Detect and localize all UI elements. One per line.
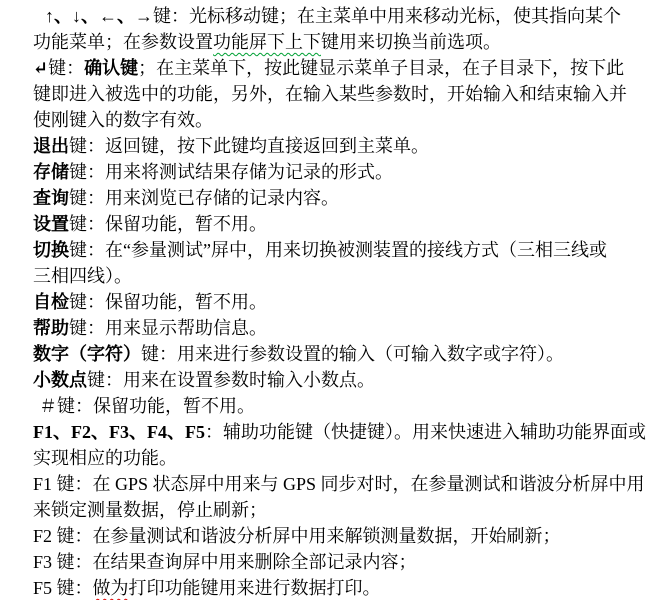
- enter-key-icon: ↵: [33, 58, 48, 78]
- key-name: 存储: [33, 162, 69, 182]
- line-store-key: 存储键：用来将测试结果存储为记录的形式。: [33, 159, 640, 185]
- line-f1-key: F1 键：在 GPS 状态屏中用来与 GPS 同步对时，在参量测试和谐波分析屏中…: [33, 471, 640, 497]
- text-segment: 键：用来在设置参数时输入小数点。: [87, 370, 375, 390]
- line-enter-key: ↵键：确认键；在主菜单下，按此键显示菜单子目录，在子目录下，按下此: [33, 55, 640, 81]
- text-segment: F3 键：在结果查询屏中用来删除全部记录内容；: [33, 552, 417, 572]
- line-f3-key: F3 键：在结果查询屏中用来删除全部记录内容；: [33, 549, 640, 575]
- text-segment: F2 键：在参量测试和谐波分析屏中用来解锁测量数据，开始刷新；: [33, 526, 561, 546]
- text-segment: 键：用来将测试结果存储为记录的形式。: [69, 162, 393, 182]
- text-segment: ＃键：保留功能，暂不用。: [39, 396, 255, 416]
- text-segment: 键：返回键，按下此键均直接返回到主菜单。: [69, 136, 429, 156]
- line-enter-key-cont: 键即进入被选中的功能，另外，在输入某些参数时，开始输入和结束输入并: [33, 81, 640, 107]
- text-segment: 打印功能键用来进行数据打印。: [129, 578, 381, 598]
- line-help-key: 帮助键：用来显示帮助信息。: [33, 315, 640, 341]
- text-segment: 键：保留功能，暂不用。: [69, 214, 267, 234]
- text-segment: 功能菜单；在参数设置: [33, 32, 213, 52]
- line-selftest-key: 自检键：保留功能，暂不用。: [33, 289, 640, 315]
- line-digit-keys: 数字（字符）键：用来进行参数设置的输入（可输入数字或字符）。: [33, 341, 640, 367]
- key-name: 查询: [33, 188, 69, 208]
- line-arrow-keys: ↑、↓、←、→键：光标移动键；在主菜单中用来移动光标，使其指向某个: [33, 3, 640, 29]
- key-name: 设置: [33, 214, 69, 234]
- text-segment: 键用来切换当前选项。: [321, 32, 501, 52]
- line-f2-key: F2 键：在参量测试和谐波分析屏中用来解锁测量数据，开始刷新；: [33, 523, 640, 549]
- key-name: 小数点: [33, 370, 87, 390]
- line-setup-key: 设置键：保留功能，暂不用。: [33, 211, 640, 237]
- text-segment: 键：保留功能，暂不用。: [69, 292, 267, 312]
- key-name: F1、F2、F3、F4、F5: [33, 422, 205, 442]
- spelling-flagged-text: 做为: [93, 578, 129, 598]
- line-function-keys-cont: 实现相应的功能。: [33, 445, 640, 471]
- line-switch-key-cont: 三相四线）。: [33, 263, 640, 289]
- line-query-key: 查询键：用来浏览已存储的记录内容。: [33, 185, 640, 211]
- key-name: 帮助: [33, 318, 69, 338]
- line-exit-key: 退出键：返回键，按下此键均直接返回到主菜单。: [33, 133, 640, 159]
- key-name: 切换: [33, 240, 69, 260]
- line-arrow-keys-cont: 功能菜单；在参数设置功能屏下上下键用来切换当前选项。: [33, 29, 640, 55]
- text-segment: 使刚键入的数字有效。: [33, 110, 213, 130]
- line-hash-key: ＃键：保留功能，暂不用。: [33, 393, 640, 419]
- line-f1-key-cont: 来锁定测量数据，停止刷新；: [33, 497, 640, 523]
- key-name: 自检: [33, 292, 69, 312]
- text-segment: 键：在“参量测试”屏中，用来切换被测装置的接线方式（三相三线或: [69, 240, 607, 260]
- key-name: 退出: [33, 136, 69, 156]
- text-segment: F5 键：: [33, 578, 93, 598]
- grammar-flagged-text: 功能屏下上下: [213, 32, 321, 52]
- text-segment: 键：用来进行参数设置的输入（可输入数字或字符）。: [141, 344, 564, 364]
- key-name: 确认键: [84, 58, 138, 78]
- text-segment: 实现相应的功能。: [33, 448, 177, 468]
- manual-text-page: ↑、↓、←、→键：光标移动键；在主菜单中用来移动光标，使其指向某个 功能菜单；在…: [0, 0, 648, 600]
- line-function-keys: F1、F2、F3、F4、F5：辅助功能键（快捷键）。用来快速进入辅助功能界面或: [33, 419, 640, 445]
- text-segment: ：辅助功能键（快捷键）。用来快速进入辅助功能界面或: [205, 422, 646, 442]
- line-enter-key-cont2: 使刚键入的数字有效。: [33, 107, 640, 133]
- key-name: ↑、↓、←、→: [45, 6, 153, 26]
- text-segment: 键：: [48, 58, 84, 78]
- line-switch-key: 切换键：在“参量测试”屏中，用来切换被测装置的接线方式（三相三线或: [33, 237, 640, 263]
- text-segment: 键：用来浏览已存储的记录内容。: [69, 188, 339, 208]
- line-decimal-key: 小数点键：用来在设置参数时输入小数点。: [33, 367, 640, 393]
- line-f5-key: F5 键：做为打印功能键用来进行数据打印。: [33, 575, 640, 600]
- text-segment: 键：光标移动键；在主菜单中用来移动光标，使其指向某个: [153, 6, 621, 26]
- text-segment: 键：用来显示帮助信息。: [69, 318, 267, 338]
- text-segment: ；在主菜单下，按此键显示菜单子目录，在子目录下，按下此: [138, 58, 624, 78]
- text-segment: 来锁定测量数据，停止刷新；: [33, 500, 267, 520]
- text-segment: 键即进入被选中的功能，另外，在输入某些参数时，开始输入和结束输入并: [33, 84, 627, 104]
- key-name: 数字（字符）: [33, 344, 141, 364]
- text-segment: F1 键：在 GPS 状态屏中用来与 GPS 同步对时，在参量测试和谐波分析屏中…: [33, 474, 645, 494]
- text-segment: 三相四线）。: [33, 266, 132, 286]
